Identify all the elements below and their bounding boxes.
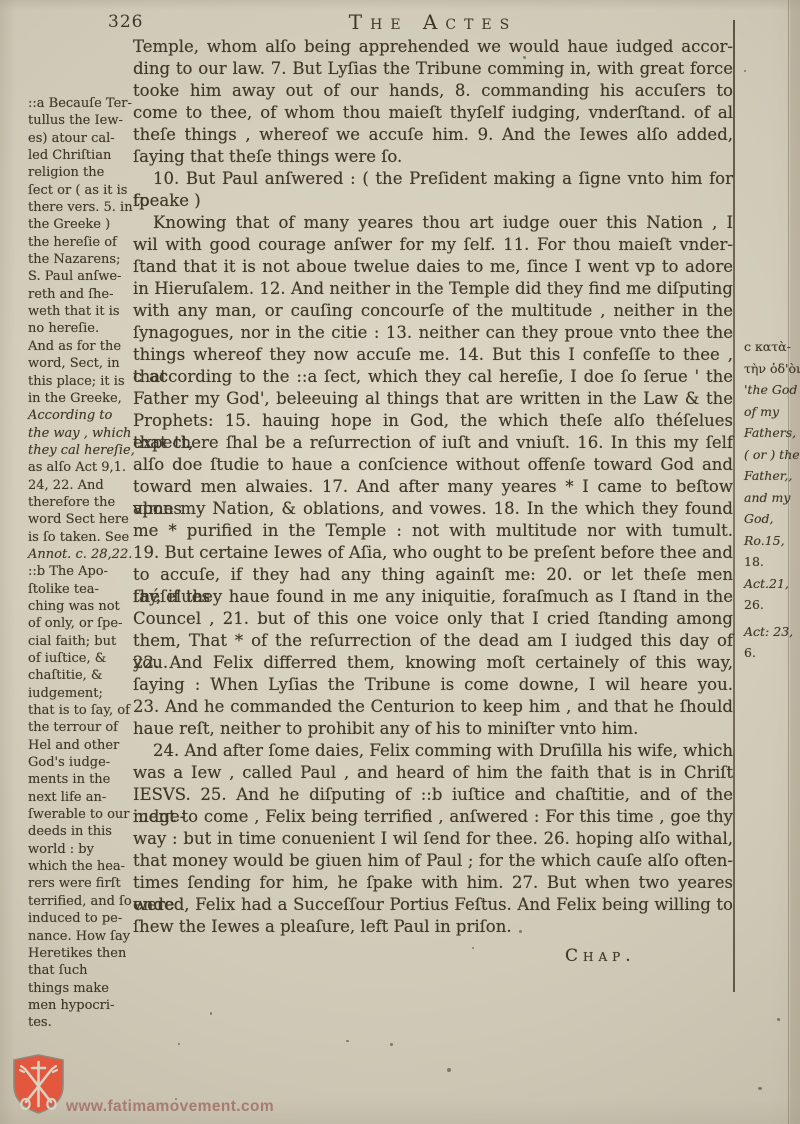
margin-note-line: Father,,: [744, 465, 798, 487]
ink-speck: [210, 1012, 212, 1015]
body-text-line: in Hieruſalem. 12. And neither in the Te…: [133, 278, 733, 300]
body-text-line: ſaying that theſe things were ſo.: [133, 146, 733, 168]
margin-note-line: According to: [28, 407, 132, 424]
scanned-book-page: { "page": { "page_number": "326", "runni…: [0, 0, 800, 1124]
margin-note-line: 24, 22. And: [28, 477, 132, 494]
margin-note-line: deeds in this: [28, 823, 132, 840]
body-text-line: IESVS. 25. And he diſputing of ::b iuſti…: [133, 784, 733, 806]
margin-note-line: Heretikes then: [28, 945, 132, 962]
margin-note-line: this place; it is: [28, 373, 132, 390]
margin-note-line: as alſo Act 9,1.: [28, 459, 132, 476]
body-text-line: wil with good courage anſwer for my ſelf…: [133, 234, 733, 256]
margin-note-line: the terrour of: [28, 719, 132, 736]
margin-note-line: religion the: [28, 164, 132, 181]
margin-note-line: c κατὰ-: [744, 336, 798, 358]
body-text-line: 24. And after ſome daies, Felix comming …: [133, 740, 733, 762]
margin-note-line: 6.: [744, 642, 798, 664]
body-text-line: was a Iew , called Paul , and heard of h…: [133, 762, 733, 784]
body-text-line: that money would be giuen him of Paul ; …: [133, 850, 733, 872]
body-text-line: them, That * of the reſurrection of the …: [133, 630, 733, 652]
ink-speck: [346, 1040, 349, 1042]
body-text-line: ſaying : When Lyſias the Tribune is come…: [133, 674, 733, 696]
margin-note-line: the hereſie of: [28, 234, 132, 251]
margin-note-line: which the hea-: [28, 858, 132, 875]
margin-note-line: there vers. 5. in: [28, 199, 132, 216]
margin-note-line: τὴν ὁδ'ὸν: [744, 358, 798, 380]
margin-note-line: S. Paul anſwe-: [28, 268, 132, 285]
running-title: The Actes: [133, 10, 733, 34]
body-text-line: 10. But Paul anſwered : ( the Preſident …: [133, 168, 733, 190]
body-text-line: toward men alwaies. 17. And after many y…: [133, 476, 733, 498]
margin-note-line: ſect or ( as it is: [28, 182, 132, 199]
margin-note-line: Fathers,: [744, 422, 798, 444]
margin-note-line: in the Greeke,: [28, 390, 132, 407]
margin-note-line: Ro.15,: [744, 530, 798, 552]
margin-note-line: Act: 23,: [744, 621, 798, 643]
margin-note-line: induced to pe-: [28, 910, 132, 927]
margin-note-line: es) atour cal-: [28, 130, 132, 147]
left-margin-notes: ::a Becauſe Ter- tullus the Iew- es) ato…: [28, 95, 132, 1032]
body-text-line: ſpeake ): [133, 190, 733, 212]
body-text-line: ſynagogues, nor in the citie : 13. neith…: [133, 322, 733, 344]
main-text-block: Temple, whom alſo being apprehended we w…: [133, 36, 733, 938]
margin-note-line: that ſuch: [28, 962, 132, 979]
margin-note-line: of only, or ſpe-: [28, 615, 132, 632]
margin-note-line: is ſo taken. See: [28, 529, 132, 546]
body-text-line: 19. But certaine Iewes of Aſia, who ough…: [133, 542, 733, 564]
body-text-line: ding to our law. 7. But Lyſias the Tribu…: [133, 58, 733, 80]
margin-note-line: they cal hereſie,: [28, 442, 132, 459]
margin-note-line: therefore the: [28, 494, 132, 511]
body-text-line: come to thee, of whom thou maieſt thyſel…: [133, 102, 733, 124]
margin-note-line: things make: [28, 980, 132, 997]
body-text-line: alſo doe ſtudie to haue a conſcience wit…: [133, 454, 733, 476]
body-text-line: to accuſe, if they had any thing againſt…: [133, 564, 733, 586]
body-text-line: ended, Felix had a Succeſſour Portius Fe…: [133, 894, 733, 916]
body-text-line: Temple, whom alſo being apprehended we w…: [133, 36, 733, 58]
margin-note-line: weth that it is: [28, 303, 132, 320]
margin-note-line: ::b The Apo-: [28, 563, 132, 580]
margin-note-line: rers were firſt: [28, 875, 132, 892]
margin-note-line: ::a Becauſe Ter-: [28, 95, 132, 112]
margin-note-line: Hel and other: [28, 737, 132, 754]
margin-note-line: led Chriſtian: [28, 147, 132, 164]
margin-note-line: Annot. c. 28,22.: [28, 546, 132, 563]
margin-note-line: Act.21,: [744, 573, 798, 595]
margin-note-line: ching was not: [28, 598, 132, 615]
ink-speck: [777, 1018, 780, 1021]
ink-speck: [519, 930, 522, 933]
margin-note-line: terrified, and ſo: [28, 893, 132, 910]
body-text-line: that there ſhal be a reſurrection of iuſ…: [133, 432, 733, 454]
margin-note-line: iudgement;: [28, 685, 132, 702]
margin-note-line: men hypocri-: [28, 997, 132, 1014]
margin-note-line: ſwerable to our: [28, 806, 132, 823]
margin-note-line: reth and ſhe-: [28, 286, 132, 303]
body-text-line: theſe things , whereof we accuſe him. 9.…: [133, 124, 733, 146]
margin-note-line: tullus the Iew-: [28, 112, 132, 129]
margin-note-line: word, Sect, in: [28, 355, 132, 372]
body-text-line: way : but in time conuenient I wil ſend …: [133, 828, 733, 850]
crossed-keys-shield-icon: [12, 1054, 65, 1114]
right-margin-notes: c κατὰ- τὴν ὁδ'ὸν 'the God of my Fathers…: [744, 336, 798, 664]
margin-note-line: no hereſie.: [28, 320, 132, 337]
margin-note-line: 18.: [744, 551, 798, 573]
ink-speck: [758, 1087, 762, 1090]
margin-note-line: that is to ſay, of: [28, 702, 132, 719]
body-text-line: c according to the ::a ſect, which they …: [133, 366, 733, 388]
body-text-line: ſtand that it is not aboue twelue daies …: [133, 256, 733, 278]
margin-note-line: cial faith; but: [28, 633, 132, 650]
catchword: Chap.: [565, 946, 636, 966]
margin-note-line: ſtolike tea-: [28, 581, 132, 598]
column-rule: [733, 20, 735, 992]
margin-note-line: the way , which: [28, 425, 132, 442]
body-text-line: haue reſt, neither to prohibit any of hi…: [133, 718, 733, 740]
margin-note-line: 'the God: [744, 379, 798, 401]
body-text-line: me * purified in the Temple : not with m…: [133, 520, 733, 542]
body-text-line: 22. And Felix differred them, knowing mo…: [133, 652, 733, 674]
ink-speck: [523, 56, 526, 59]
margin-note-line: word Sect here: [28, 511, 132, 528]
margin-note-line: 26.: [744, 594, 798, 616]
body-text-line: Councel , 21. but of this one voice only…: [133, 608, 733, 630]
margin-note-line: And as for the: [28, 338, 132, 355]
body-text-line: Father my God', beleeuing al things that…: [133, 388, 733, 410]
margin-note-line: the Nazarens;: [28, 251, 132, 268]
body-text-line: 23. And he commanded the Centurion to ke…: [133, 696, 733, 718]
margin-note-line: the Greeke ): [28, 216, 132, 233]
body-text-line: ment to come , Felix being terrified , a…: [133, 806, 733, 828]
margin-note-line: of my: [744, 401, 798, 423]
body-text-line: Knowing that of many yeares thou art iud…: [133, 212, 733, 234]
body-text-line: ſay, if they haue found in me any iniqui…: [133, 586, 733, 608]
body-text-line: with any man, or cauſing concourſe of th…: [133, 300, 733, 322]
ink-speck: [447, 1068, 451, 1072]
ink-speck: [472, 947, 474, 949]
margin-note-line: of iuſtice, &: [28, 650, 132, 667]
margin-note-line: world : by: [28, 841, 132, 858]
margin-note-line: and my: [744, 487, 798, 509]
margin-note-line: chaſtitie, &: [28, 667, 132, 684]
body-text-line: times ſending for him, he ſpake with him…: [133, 872, 733, 894]
margin-note-line: God,: [744, 508, 798, 530]
margin-note-line: nance. How ſay: [28, 928, 132, 945]
ink-speck: [390, 1043, 393, 1046]
margin-note-line: God's iudge-: [28, 754, 132, 771]
body-text-line: vpon my Nation, & oblations, and vowes. …: [133, 498, 733, 520]
body-text-line: ſhew the Iewes a pleaſure, left Paul in …: [133, 916, 733, 938]
body-text-line: Prophets: 15. hauing hope in God, the wh…: [133, 410, 733, 432]
margin-note-line: tes.: [28, 1014, 132, 1031]
margin-note-line: ( or ) the: [744, 444, 798, 466]
margin-note-line: ments in the: [28, 771, 132, 788]
body-text-line: things whereof they now accuſe me. 14. B…: [133, 344, 733, 366]
ink-speck: [175, 1098, 177, 1100]
body-text-line: tooke him away out of our hands, 8. comm…: [133, 80, 733, 102]
margin-note-line: next life an-: [28, 789, 132, 806]
watermark-url: www.fatimamovement.com: [66, 1098, 274, 1116]
ink-speck: [178, 1043, 180, 1045]
ink-speck: [744, 70, 746, 72]
